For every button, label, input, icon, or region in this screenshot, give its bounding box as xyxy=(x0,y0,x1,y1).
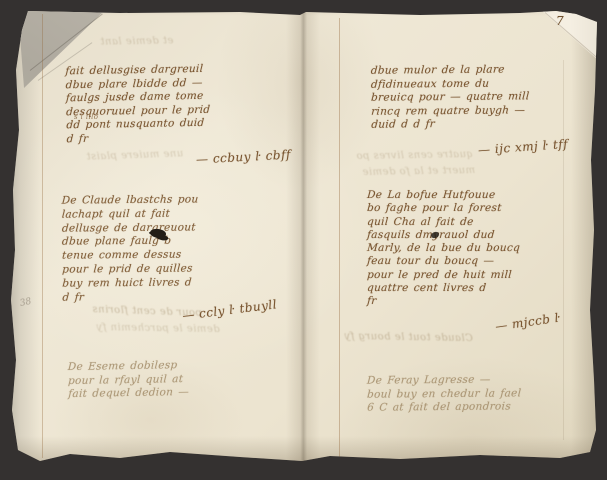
entry-line: fr xyxy=(367,295,521,308)
page-number: 7 xyxy=(556,14,564,28)
vertical-crease xyxy=(563,60,564,440)
interlinear-note: s l illo xyxy=(74,113,98,121)
entry-line: boul buy en chedur la fael xyxy=(367,387,522,402)
entry-line: duid d d fr xyxy=(371,117,530,132)
entry-line: De Claude lbastchs pou xyxy=(61,193,199,208)
entry-line: dbue plane faulg b xyxy=(62,235,200,250)
entry-line: buy rem huict livres d xyxy=(62,276,200,291)
entry-line: pour le prid de quilles xyxy=(62,262,200,277)
bleedthrough-text: Claude tout le bourg fy xyxy=(344,331,473,344)
entry-line: d fr xyxy=(62,290,200,305)
entry-block: fait dellusgise dargreuil dbue plare lbi… xyxy=(65,63,211,147)
entry-block: De Feray Lagresse — boul buy en chedur l… xyxy=(367,373,522,415)
bleedthrough-text: quatre cens livres po xyxy=(356,149,473,162)
margin-amount: — mjccb ŀ xyxy=(494,310,561,333)
entry-line: dfidinueaux tome du xyxy=(370,77,529,92)
bleedthrough-text: demie le parchemin fy xyxy=(96,322,220,335)
manuscript-spread: et demie lant une muiere plaist pour de … xyxy=(0,0,607,480)
entry-line: lachapt quil at fait xyxy=(61,207,199,222)
pencil-folio-mark: 38 xyxy=(19,297,32,309)
entry-line: feau tour du boucq — xyxy=(367,255,521,268)
entry-line: rincq rem quatre buygh — xyxy=(371,104,530,119)
margin-rule-left-page xyxy=(42,14,43,458)
entry-line: quil Cha al fait de xyxy=(367,216,521,229)
entry-block: De La bofue Hutfouue bo faghe pour la fo… xyxy=(367,189,520,309)
entry-line: bo faghe pour la forest xyxy=(367,202,521,215)
entry-block: dbue mulor de la plare dfidinueaux tome … xyxy=(371,63,530,132)
bleedthrough-text: et demie lant xyxy=(100,35,174,47)
entry-line: dbue mulor de la plare xyxy=(370,63,529,78)
entry-line: 6 C at fait del apondrois xyxy=(367,400,522,415)
bleedthrough-text: muert et la fo demie xyxy=(362,165,475,178)
margin-amount: — ijc xmj ŀ tff xyxy=(478,137,569,157)
entry-block: De Claude lbastchs pou lachapt quil at f… xyxy=(62,193,200,305)
bleedthrough-text: une muiere plaist xyxy=(86,148,184,162)
entry-line: Marly, de la bue du boucq xyxy=(367,242,521,255)
entry-block: De Eseme dobilesp pour la rfayl quil at … xyxy=(68,359,190,402)
gutter-fold xyxy=(286,10,320,462)
entry-line: d fr xyxy=(66,130,211,146)
entry-line: De Eseme dobilesp xyxy=(67,359,189,375)
entry-line: tenue comme dessus xyxy=(62,249,200,264)
entry-line: De Feray Lagresse — xyxy=(366,373,521,388)
margin-rule-right-page xyxy=(339,18,340,460)
margin-amount: — ccbuy ŀ cbff xyxy=(196,148,292,167)
entry-line: fasquils dmyrauol dud xyxy=(367,229,521,242)
entry-line: pour le pred de huit mill xyxy=(367,269,521,282)
manuscript-scan: et demie lant une muiere plaist pour de … xyxy=(0,0,607,480)
entry-line: fait dequel dedion — xyxy=(68,386,190,402)
entry-line: quattre cent livres d xyxy=(367,282,521,295)
entry-line: breuicq pour — quatre mill xyxy=(371,90,530,105)
entry-line: De La bofue Hutfouue xyxy=(367,189,521,202)
